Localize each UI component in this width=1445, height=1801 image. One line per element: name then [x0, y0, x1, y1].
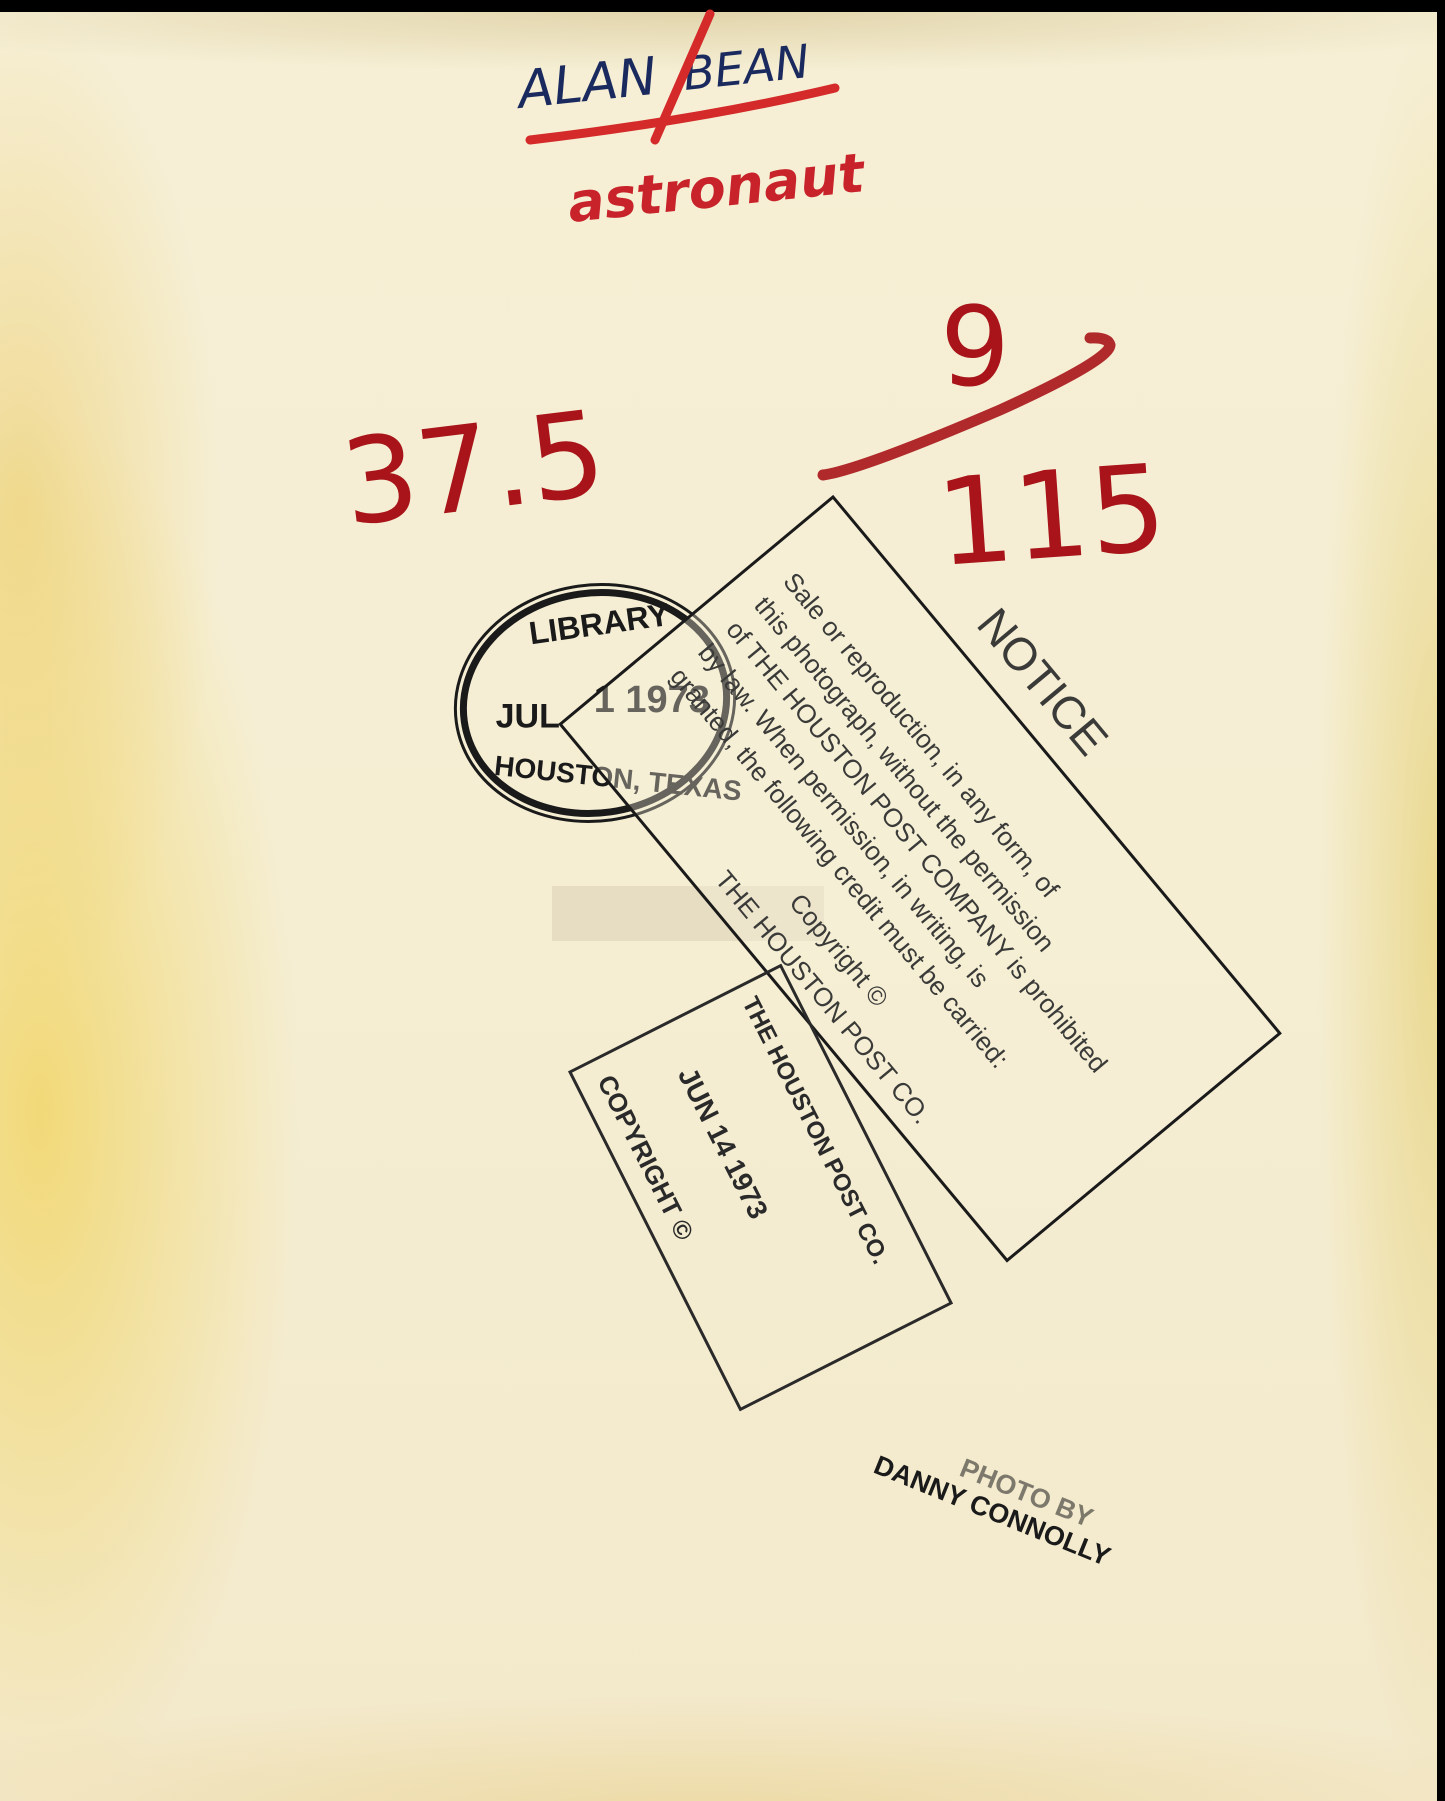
- fraction-bottom: 115: [932, 439, 1170, 594]
- handwritten-name: ALAN BEAN: [512, 14, 835, 140]
- name-first: ALAN: [512, 47, 660, 122]
- fraction-top: 9: [940, 283, 1010, 411]
- handwritten-caption: astronaut: [565, 141, 869, 235]
- document-scene: ALAN BEAN astronaut 37.5 9 115 LIBRARY J…: [0, 0, 1445, 1801]
- handwritten-number: 37.5: [335, 384, 613, 553]
- copyright-stamp-date: JUN 14 1973: [672, 1063, 774, 1224]
- photo-credit-stamp: PHOTO BY DANNY CONNOLLY: [870, 1450, 1115, 1572]
- library-stamp-month: JUL: [496, 698, 560, 736]
